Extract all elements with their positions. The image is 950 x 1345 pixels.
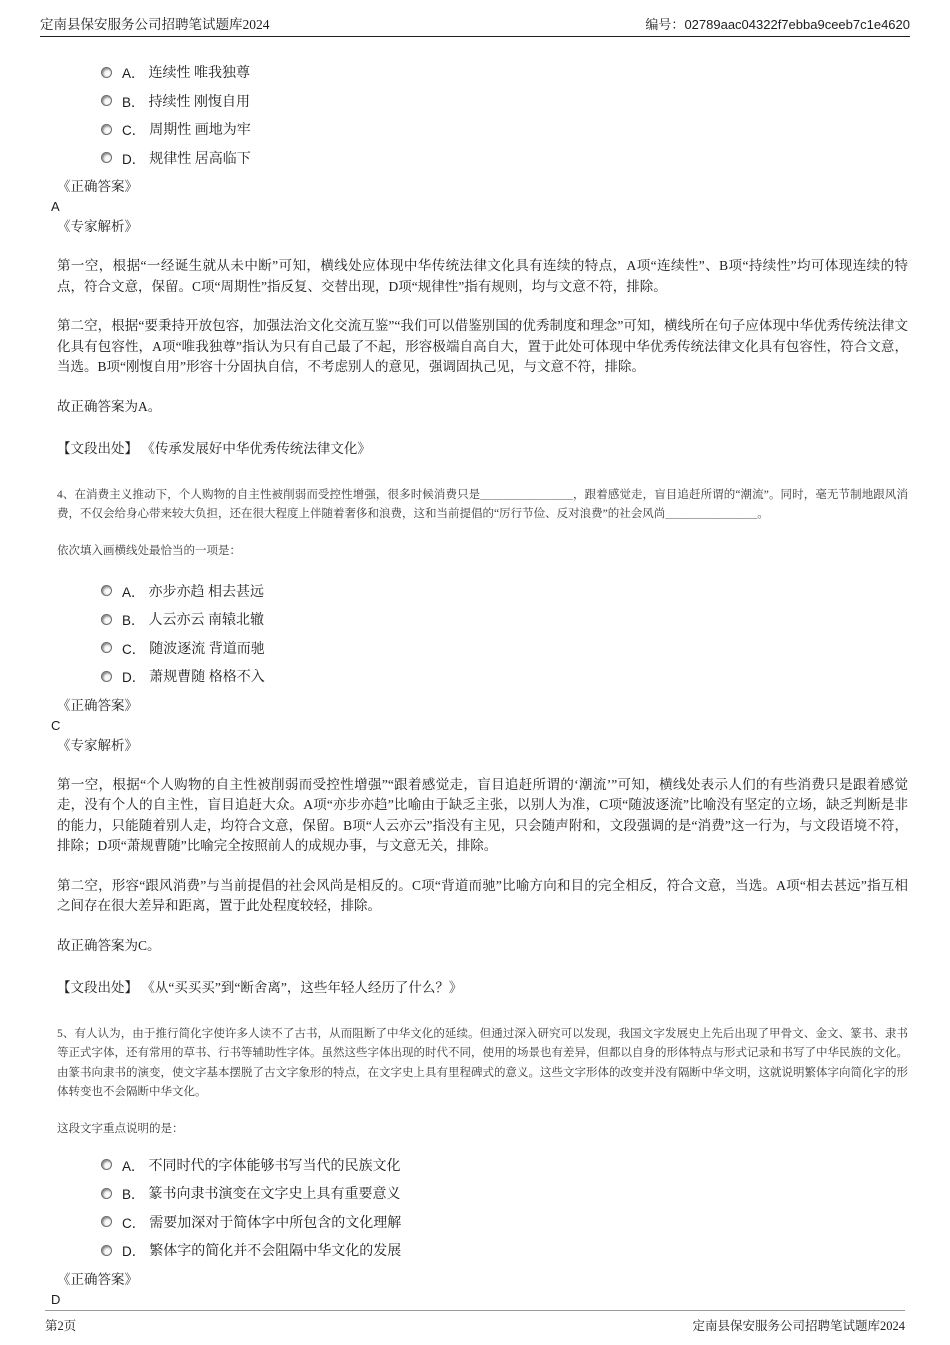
- option-row-d: D． 繁体字的简化并不会阻隔中华文化的发展: [101, 1236, 908, 1265]
- analysis-text: 第一空，根据“一经诞生就从未中断”可知，横线处应体现中华传统法律文化具有连续的特…: [57, 256, 908, 378]
- option-label: 随波逐流 背道而驰: [149, 638, 265, 658]
- expert-analysis-label: 《专家解析》: [57, 736, 908, 756]
- correct-answer-value: C: [51, 716, 908, 736]
- page-number: 第2页: [45, 1316, 76, 1334]
- radio-button-icon[interactable]: [101, 95, 112, 106]
- radio-button-icon[interactable]: [101, 614, 112, 625]
- option-row-b: B． 篆书向隶书演变在文字史上具有重要意义: [101, 1179, 908, 1208]
- option-row-a: A． 亦步亦趋 相去甚远: [101, 577, 908, 606]
- header-title: 定南县保安服务公司招聘笔试题库2024: [40, 13, 270, 33]
- correct-answer-value: D: [51, 1290, 908, 1310]
- option-letter: C．: [122, 638, 145, 658]
- correct-answer-value: A: [51, 197, 908, 217]
- option-label: 篆书向隶书演变在文字史上具有重要意义: [149, 1183, 401, 1203]
- source-title: 《从“买买买”到“断舍离”，这些年轻人经历了什么？》: [141, 980, 462, 995]
- option-letter: A．: [122, 1155, 145, 1175]
- radio-button-icon[interactable]: [101, 124, 112, 135]
- conclusion-line: 故正确答案为C。: [57, 936, 908, 956]
- document-page: 定南县保安服务公司招聘笔试题库2024 编号：02789aac04322f7eb…: [0, 0, 950, 1345]
- option-letter: B．: [122, 609, 145, 629]
- option-list: A． 连续性 唯我独尊 B． 持续性 刚愎自用 C． 周期性 画地为牢 D． 规…: [101, 58, 908, 172]
- radio-button-icon[interactable]: [101, 671, 112, 682]
- radio-button-icon[interactable]: [101, 1159, 112, 1170]
- source-label: 【文段出处】: [57, 441, 138, 456]
- option-row-a: A． 不同时代的字体能够书写当代的民族文化: [101, 1151, 908, 1180]
- option-letter: D．: [122, 148, 145, 168]
- page-header: 定南县保安服务公司招聘笔试题库2024 编号：02789aac04322f7eb…: [40, 0, 910, 37]
- question-block-5: 5、有人认为，由于推行简化字使许多人读不了古书，从而阻断了中华文化的延续。但通过…: [57, 1025, 908, 1310]
- option-row-c: C． 随波逐流 背道而驰: [101, 634, 908, 663]
- option-label: 连续性 唯我独尊: [149, 62, 251, 82]
- question-prompt: 这段文字重点说明的是：: [57, 1120, 908, 1139]
- option-row-a: A． 连续性 唯我独尊: [101, 58, 908, 87]
- option-label: 需要加深对于简体字中所包含的文化理解: [149, 1212, 401, 1232]
- document-number-label: 编号：: [645, 17, 684, 32]
- question-block-4: 4、在消费主义推动下，个人购物的自主性被削弱而受控性增强，很多时候消费只是＿＿＿…: [57, 486, 908, 998]
- option-label: 周期性 画地为牢: [149, 119, 251, 139]
- radio-button-icon[interactable]: [101, 1188, 112, 1199]
- option-row-d: D． 萧规曹随 格格不入: [101, 662, 908, 691]
- option-letter: D．: [122, 666, 145, 686]
- option-label: 人云亦云 南辕北辙: [149, 609, 265, 629]
- radio-button-icon[interactable]: [101, 585, 112, 596]
- analysis-paragraph: 第二空，根据“要秉持开放包容，加强法治文化交流互鉴”“我们可以借鉴别国的优秀制度…: [57, 316, 908, 378]
- analysis-paragraph: 第一空，根据“一经诞生就从未中断”可知，横线处应体现中华传统法律文化具有连续的特…: [57, 256, 908, 297]
- option-label: 不同时代的字体能够书写当代的民族文化: [149, 1155, 401, 1175]
- conclusion-line: 故正确答案为A。: [57, 397, 908, 417]
- option-row-c: C． 需要加深对于简体字中所包含的文化理解: [101, 1208, 908, 1237]
- option-letter: B．: [122, 91, 145, 111]
- source-title: 《传承发展好中华优秀传统法律文化》: [141, 441, 371, 456]
- radio-button-icon[interactable]: [101, 642, 112, 653]
- option-label: 持续性 刚愎自用: [149, 91, 251, 111]
- analysis-paragraph: 第一空，根据“个人购物的自主性被削弱而受控性增强”“跟着感觉走，盲目追赶所谓的‘…: [57, 775, 908, 857]
- option-label: 萧规曹随 格格不入: [149, 666, 265, 686]
- analysis-text: 第一空，根据“个人购物的自主性被削弱而受控性增强”“跟着感觉走，盲目追赶所谓的‘…: [57, 775, 908, 917]
- option-letter: A．: [122, 62, 145, 82]
- radio-button-icon[interactable]: [101, 1245, 112, 1256]
- option-letter: B．: [122, 1183, 145, 1203]
- source-line: 【文段出处】 《从“买买买”到“断舍离”，这些年轻人经历了什么？》: [57, 978, 908, 998]
- correct-answer-label: 《正确答案》: [57, 696, 908, 716]
- option-letter: D．: [122, 1240, 145, 1260]
- question-block-3: A． 连续性 唯我独尊 B． 持续性 刚愎自用 C． 周期性 画地为牢 D． 规…: [57, 58, 908, 459]
- source-line: 【文段出处】 《传承发展好中华优秀传统法律文化》: [57, 439, 908, 459]
- option-letter: C．: [122, 119, 145, 139]
- footer-title: 定南县保安服务公司招聘笔试题库2024: [692, 1316, 905, 1334]
- correct-answer-label: 《正确答案》: [57, 177, 908, 197]
- radio-button-icon[interactable]: [101, 1216, 112, 1227]
- question-prompt: 依次填入画横线处最恰当的一项是：: [57, 542, 908, 561]
- radio-button-icon[interactable]: [101, 67, 112, 78]
- radio-button-icon[interactable]: [101, 152, 112, 163]
- option-label: 繁体字的简化并不会阻隔中华文化的发展: [149, 1240, 401, 1260]
- page-footer: 第2页 定南县保安服务公司招聘笔试题库2024: [45, 1310, 905, 1334]
- option-row-d: D． 规律性 居高临下: [101, 144, 908, 173]
- document-number-value: 02789aac04322f7ebba9ceeb7c1e4620: [684, 17, 910, 32]
- option-row-b: B． 持续性 刚愎自用: [101, 87, 908, 116]
- option-list: A． 不同时代的字体能够书写当代的民族文化 B． 篆书向隶书演变在文字史上具有重…: [101, 1151, 908, 1265]
- content-area: A． 连续性 唯我独尊 B． 持续性 刚愎自用 C． 周期性 画地为牢 D． 规…: [57, 58, 908, 1310]
- option-letter: C．: [122, 1212, 145, 1232]
- option-row-b: B． 人云亦云 南辕北辙: [101, 605, 908, 634]
- source-label: 【文段出处】: [57, 980, 138, 995]
- analysis-paragraph: 第二空，形容“跟风消费”与当前提倡的社会风尚是相反的。C项“背道而驰”比喻方向和…: [57, 876, 908, 917]
- option-label: 规律性 居高临下: [149, 148, 251, 168]
- question-stem: 4、在消费主义推动下，个人购物的自主性被削弱而受控性增强，很多时候消费只是＿＿＿…: [57, 486, 908, 525]
- option-list: A． 亦步亦趋 相去甚远 B． 人云亦云 南辕北辙 C． 随波逐流 背道而驰 D…: [101, 577, 908, 691]
- option-label: 亦步亦趋 相去甚远: [149, 581, 265, 601]
- option-letter: A．: [122, 581, 145, 601]
- correct-answer-label: 《正确答案》: [57, 1270, 908, 1290]
- expert-analysis-label: 《专家解析》: [57, 217, 908, 237]
- document-number: 编号：02789aac04322f7ebba9ceeb7c1e4620: [645, 14, 910, 33]
- question-stem: 5、有人认为，由于推行简化字使许多人读不了古书，从而阻断了中华文化的延续。但通过…: [57, 1025, 908, 1103]
- option-row-c: C． 周期性 画地为牢: [101, 115, 908, 144]
